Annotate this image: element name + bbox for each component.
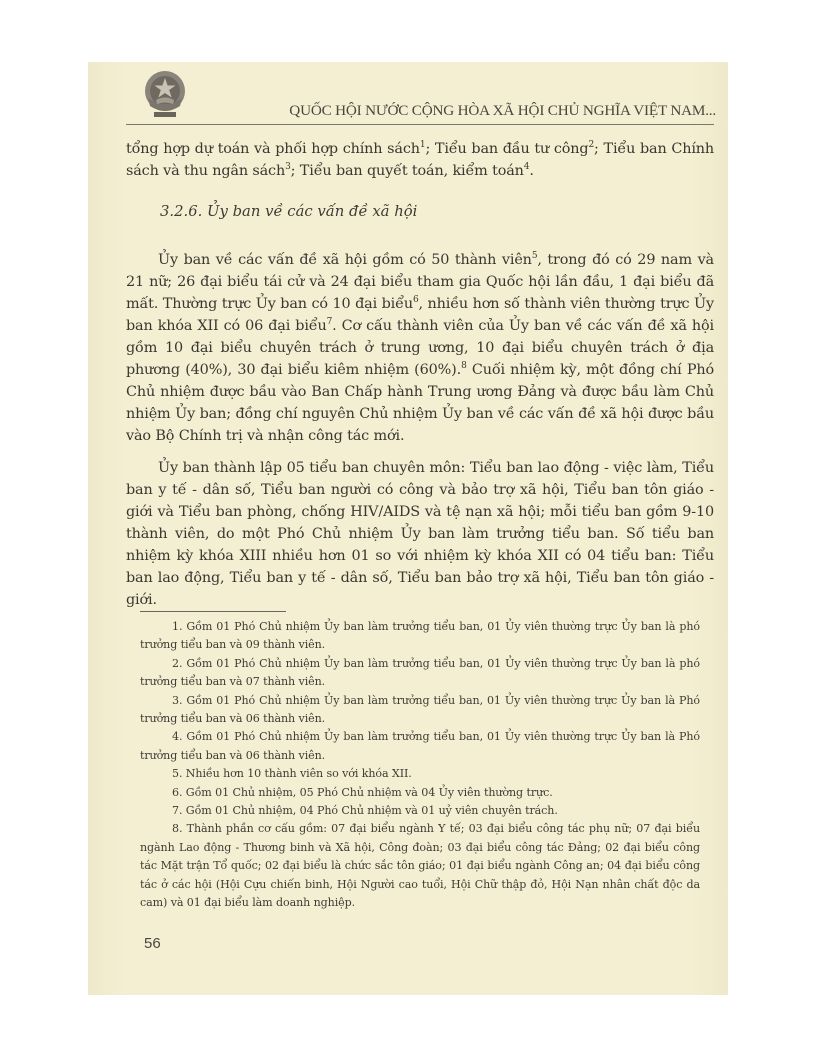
text-span: ; Tiểu ban đầu tư công bbox=[425, 141, 588, 157]
text-span: ; Tiểu ban quyết toán, kiểm toán bbox=[291, 163, 524, 179]
paragraph-2: Ủy ban thành lập 05 tiểu ban chuyên môn:… bbox=[126, 457, 714, 611]
paragraph-1: Ủy ban về các vấn đề xã hội gồm có 50 th… bbox=[126, 249, 714, 447]
footnote-2: 2. Gồm 01 Phó Chủ nhiệm Ủy ban làm trưởn… bbox=[140, 655, 700, 692]
footnote-3: 3. Gồm 01 Phó Chủ nhiệm Ủy ban làm trưởn… bbox=[140, 692, 700, 729]
page-number: 56 bbox=[144, 935, 161, 952]
continuation-paragraph: tổng hợp dự toán và phối hợp chính sách1… bbox=[126, 138, 714, 182]
header-divider bbox=[126, 124, 714, 125]
book-page: QUỐC HỘI NƯỚC CỘNG HÒA XÃ HỘI CHỦ NGHĨA … bbox=[88, 62, 728, 995]
text-span: . bbox=[529, 163, 533, 179]
footnote-7: 7. Gồm 01 Chủ nhiệm, 04 Phó Chủ nhiệm và… bbox=[140, 802, 700, 820]
section-heading: 3.2.6. Ủy ban về các vấn đề xã hội bbox=[160, 203, 417, 220]
footnotes: 1. Gồm 01 Phó Chủ nhiệm Ủy ban làm trưởn… bbox=[140, 618, 700, 913]
running-header: QUỐC HỘI NƯỚC CỘNG HÒA XÃ HỘI CHỦ NGHĨA … bbox=[126, 102, 716, 120]
text-span: tổng hợp dự toán và phối hợp chính sách bbox=[126, 141, 420, 157]
paragraph-2-text: Ủy ban thành lập 05 tiểu ban chuyên môn:… bbox=[126, 457, 714, 611]
footnote-4: 4. Gồm 01 Phó Chủ nhiệm Ủy ban làm trưởn… bbox=[140, 728, 700, 765]
footnote-8: 8. Thành phần cơ cấu gồm: 07 đại biểu ng… bbox=[140, 820, 700, 912]
footnote-5: 5. Nhiều hơn 10 thành viên so với khóa X… bbox=[140, 765, 700, 783]
text-span: Ủy ban về các vấn đề xã hội gồm có 50 th… bbox=[158, 252, 532, 268]
footnote-1: 1. Gồm 01 Phó Chủ nhiệm Ủy ban làm trưởn… bbox=[140, 618, 700, 655]
footnote-6: 6. Gồm 01 Chủ nhiệm, 05 Phó Chủ nhiệm và… bbox=[140, 784, 700, 802]
footnote-divider bbox=[140, 611, 286, 612]
